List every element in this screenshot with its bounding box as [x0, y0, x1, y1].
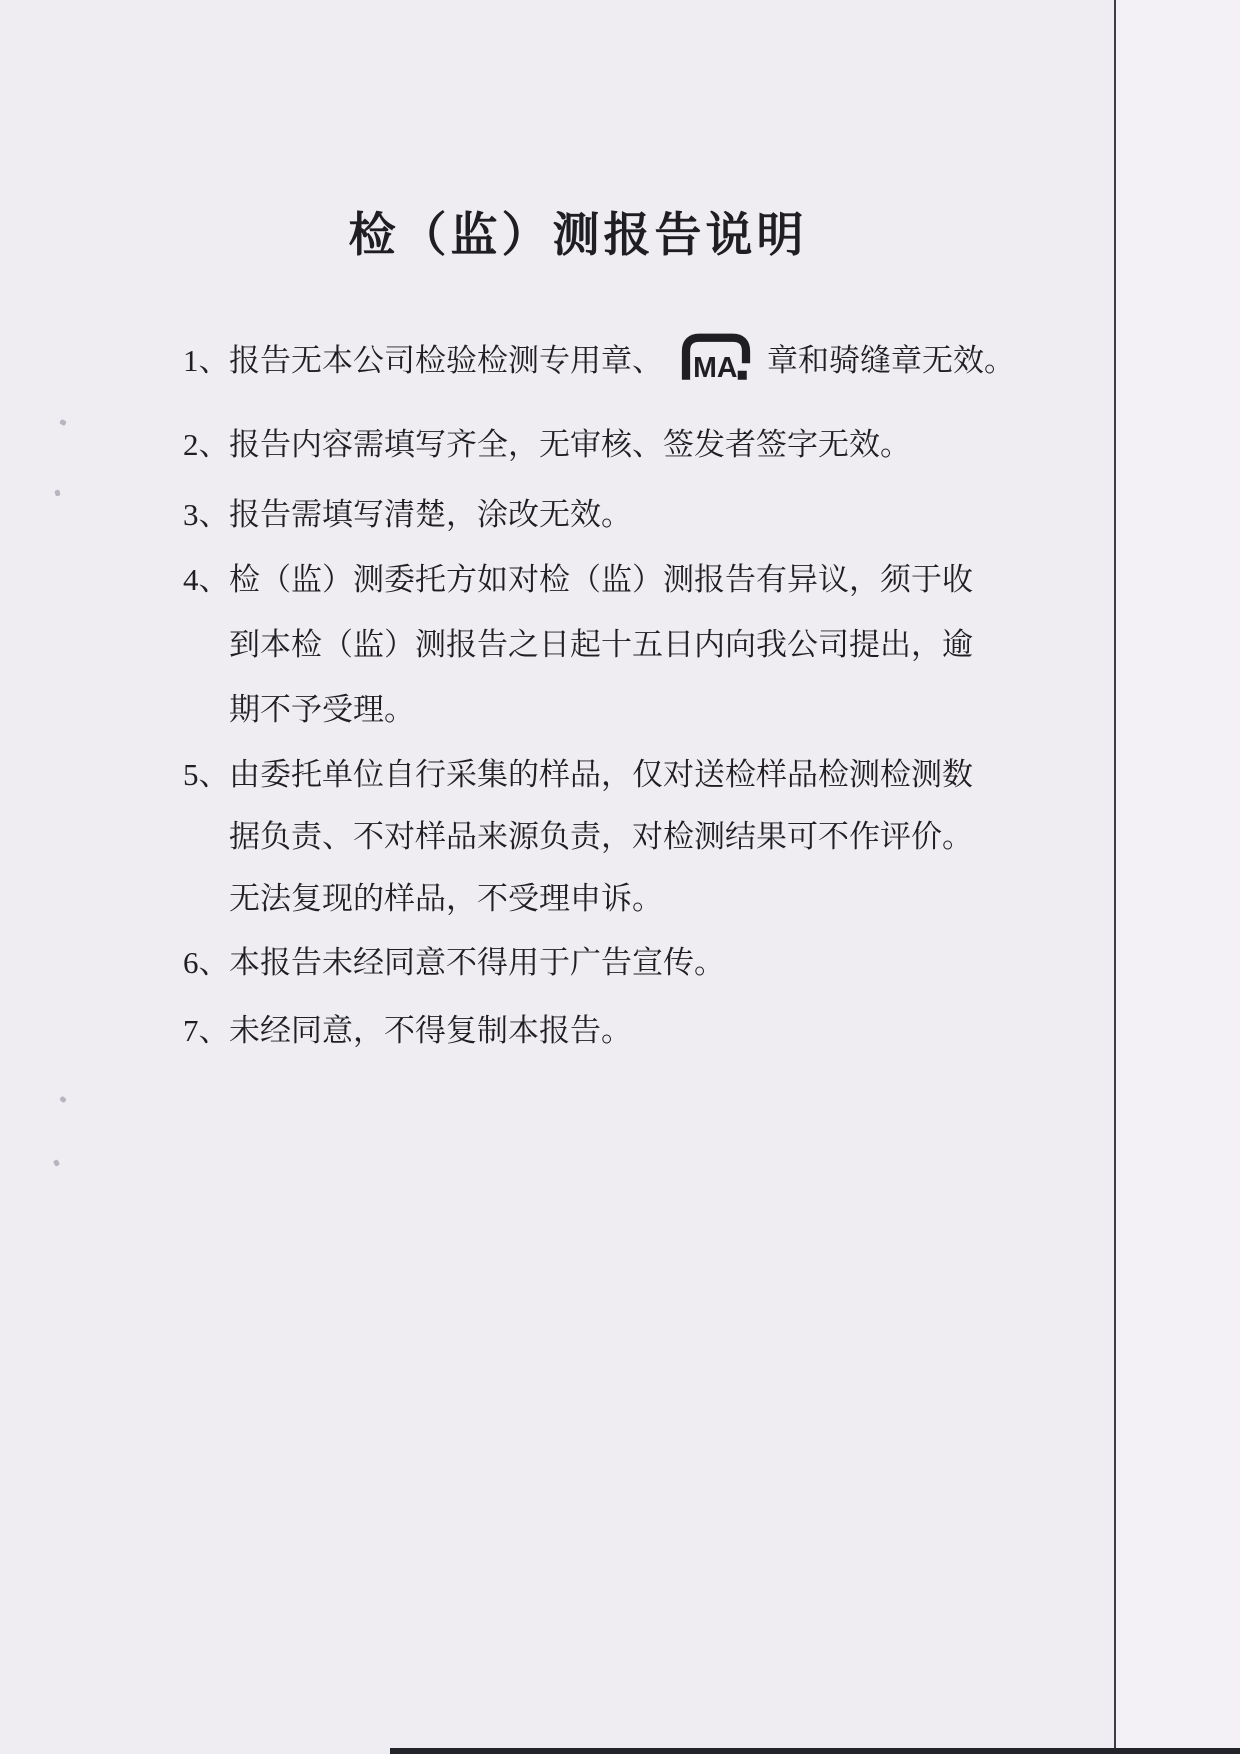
scanned-report-page: { "document": { "title": "检（监）测报告说明", "i… [0, 0, 1240, 1754]
item-line: 检（监）测委托方如对检（监）测报告有异议，须于收 [229, 547, 983, 612]
item-text-after-logo: 章和骑缝章无效。 [767, 343, 1015, 378]
item-line: 报告无本公司检验检测专用章、 MA 章和骑缝章无效。 [229, 343, 1015, 378]
report-note-item-1: 1、 报告无本公司检验检测专用章、 MA 章和骑缝章无效。 [183, 328, 983, 393]
item-line: 报告需填写清楚，涂改无效。 [229, 482, 983, 547]
item-number: 4、 [183, 547, 230, 612]
item-line: 期不予受理。 [229, 677, 983, 742]
item-line: 本报告未经同意不得用于广告宣传。 [229, 930, 983, 995]
scan-right-strip [1116, 0, 1240, 1754]
item-line: 由委托单位自行采集的样品，仅对送检样品检测检测数 [229, 744, 983, 806]
item-text-before-logo: 报告无本公司检验检测专用章、 [229, 343, 663, 378]
item-number: 5、 [183, 744, 230, 806]
item-number: 3、 [183, 482, 230, 547]
scan-artifact [53, 1159, 60, 1167]
item-line: 无法复现的样品，不受理申诉。 [229, 868, 983, 930]
report-note-item-6: 6、 本报告未经同意不得用于广告宣传。 [183, 930, 983, 995]
report-note-item-3: 3、 报告需填写清楚，涂改无效。 [183, 482, 983, 547]
item-number: 1、 [183, 328, 230, 393]
scan-edge-line [1114, 0, 1116, 1748]
item-line: 报告内容需填写齐全，无审核、签发者签字无效。 [229, 412, 983, 477]
scan-bottom-band [390, 1748, 1240, 1754]
scan-artifact [54, 489, 60, 496]
item-number: 6、 [183, 930, 230, 995]
item-line: 到本检（监）测报告之日起十五日内向我公司提出，逾 [229, 612, 983, 677]
item-line: 据负责、不对样品来源负责，对检测结果可不作评价。 [229, 806, 983, 868]
report-notes-list: 1、 报告无本公司检验检测专用章、 MA 章和骑缝章无效。 2、 报告内容需填写… [183, 328, 983, 1063]
report-note-item-7: 7、 未经同意，不得复制本报告。 [183, 998, 983, 1063]
report-note-item-4: 4、 检（监）测委托方如对检（监）测报告有异议，须于收 到本检（监）测报告之日起… [183, 547, 983, 742]
page-title: 检（监）测报告说明 [183, 198, 973, 265]
scan-artifact [59, 419, 67, 426]
item-number: 2、 [183, 412, 230, 477]
report-note-item-5: 5、 由委托单位自行采集的样品，仅对送检样品检测检测数 据负责、不对样品来源负责… [183, 744, 983, 930]
scan-artifact [59, 1096, 67, 1104]
item-line: 未经同意，不得复制本报告。 [229, 998, 983, 1063]
cma-letters: MA [693, 352, 737, 380]
cma-mark-icon: MA [677, 333, 755, 380]
report-note-item-2: 2、 报告内容需填写齐全，无审核、签发者签字无效。 [183, 412, 983, 477]
item-number: 7、 [183, 998, 230, 1063]
